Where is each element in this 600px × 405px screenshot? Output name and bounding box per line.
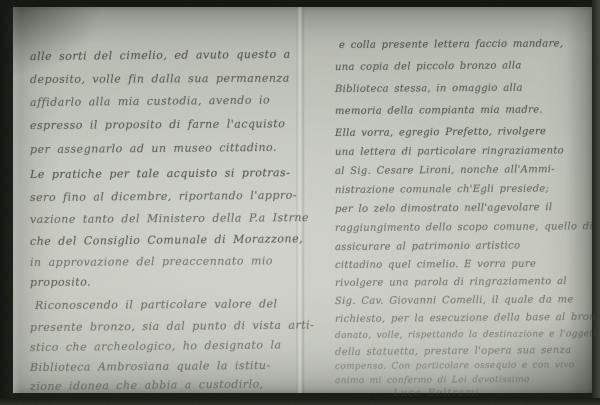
handwritten-line: presente bronzo, sia dal punto di vista …	[30, 319, 314, 334]
handwritten-line: affidarlo alla mia custodia, avendo io	[30, 93, 270, 109]
signature: Luca Beltrami	[393, 388, 480, 399]
handwritten-line: Le pratiche per tale acquisto si protras…	[30, 166, 290, 181]
handwritten-line: deposito, volle fin dalla sua permanenza	[30, 72, 290, 86]
handwritten-line: che del Consiglio Comunale di Morazzone,	[30, 232, 303, 248]
handwritten-line: compenso. Con particolare ossequio e con…	[335, 360, 575, 372]
archival-photo-page: { "photo": { "kind": "black-and-white ph…	[0, 0, 600, 405]
handwritten-line: richiesto, per la esecuzione della base …	[335, 312, 600, 325]
handwritten-line: proposito.	[30, 275, 91, 289]
letter-photo: alle sorti del cimelio, ed avuto questo …	[13, 7, 592, 393]
handwritten-line: donato, volle, rispettando la destinazio…	[335, 329, 600, 341]
handwritten-line: zione idonea che abbia a custodirlo,	[30, 378, 264, 393]
handwritten-line: stico che archeologico, ho designato la	[30, 338, 282, 354]
page-fold-crease	[296, 7, 305, 393]
handwritten-line: Biblioteca stessa, in omaggio alla	[335, 83, 523, 95]
photo-mount-bottom	[0, 398, 600, 405]
handwritten-line: per lo zelo dimostrato nell'agevolare il	[335, 202, 552, 215]
handwritten-line: memoria della compianta mia madre.	[335, 105, 543, 117]
handwritten-line: una lettera di particolare ringraziament…	[335, 145, 564, 158]
handwritten-line: in approvazione del preaccennato mio	[30, 254, 273, 269]
handwritten-line: e colla presente lettera faccio mandare,	[339, 38, 563, 51]
photo-mount-left	[0, 0, 14, 405]
handwritten-line: Ella vorra, egregio Prefetto, rivolgere	[335, 126, 546, 139]
handwritten-line: per assegnarlo ad un museo cittadino.	[30, 141, 277, 156]
handwritten-line: vazione tanto del Ministero della P.a Is…	[30, 211, 309, 226]
handwritten-line: raggiungimento dello scopo comune, quell…	[335, 221, 593, 234]
handwritten-line: espresso il proposito di farne l'acquist…	[30, 117, 285, 132]
handwritten-line: sero fino al dicembre, riportando l'appr…	[30, 189, 297, 204]
photo-mount-right	[592, 0, 600, 405]
handwritten-line: una copia del piccolo bronzo alla	[335, 60, 522, 73]
handwritten-line: alle sorti del cimelio, ed avuto questo …	[30, 48, 291, 63]
corner-shadow	[13, 7, 103, 77]
handwritten-line: Biblioteca Ambrosiana quale la istitu-	[30, 359, 271, 374]
handwritten-line: cittadino quel cimelio. E vorra pure	[335, 259, 536, 271]
handwritten-line: nistrazione comunale ch'Egli presiede;	[335, 184, 549, 196]
handwritten-line: rivolgere una parola di ringraziamento a…	[335, 276, 567, 289]
handwritten-line: assicurare al patrimonio artistico	[335, 240, 520, 253]
handwritten-line: al Sig. Cesare Lironi, nonche all'Ammi-	[335, 164, 555, 177]
handwritten-line: animo mi confermo di Lei devotissimo	[335, 375, 530, 386]
handwritten-line: Riconoscendo il particolare valore del	[35, 297, 278, 312]
handwritten-line: della statuetta, prestare l'opera sua se…	[335, 345, 571, 358]
handwritten-line: Sig. Cav. Giovanni Comelli, il quale da …	[335, 294, 574, 307]
